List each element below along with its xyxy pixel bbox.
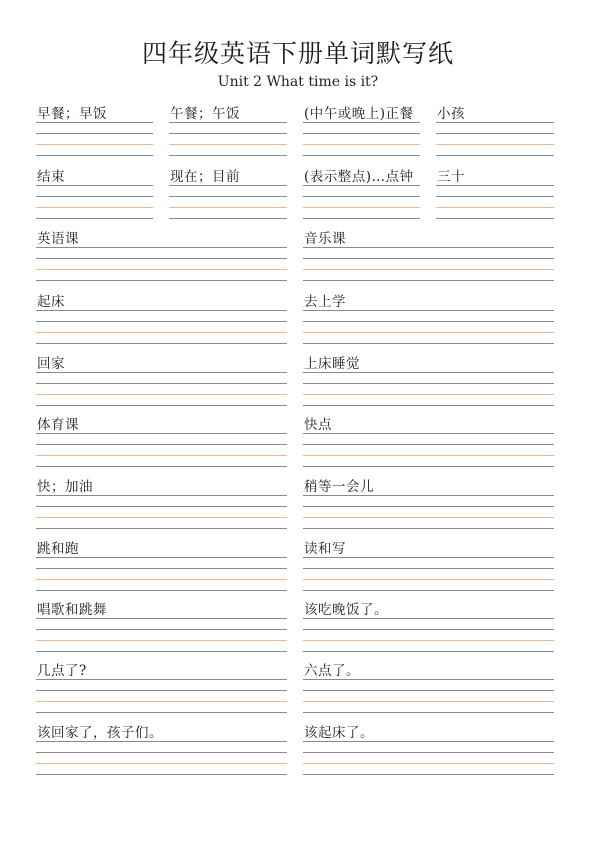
writing-cell[interactable]: (表示整点)…点钟 [303,162,420,224]
writing-cell[interactable]: 去上学 [303,287,554,349]
guide-line [436,185,554,186]
guide-line [436,133,554,134]
word-prompt: 现在；目前 [170,165,240,185]
guide-line [169,218,287,219]
guide-line [36,343,287,344]
writing-cell[interactable]: 英语课 [36,224,287,286]
word-prompt: 该吃晚饭了。 [304,598,388,618]
guide-line [303,651,554,652]
guide-line [36,122,153,123]
guide-line [303,196,420,197]
guide-line [303,280,554,281]
word-prompt: 回家 [37,352,65,372]
guide-line [303,218,420,219]
word-prompt: 快；加油 [37,475,93,495]
writing-cell[interactable]: 该起床了。 [303,718,554,780]
guide-line [36,247,287,248]
word-prompt: 几点了? [37,659,87,679]
mid-line [303,763,554,764]
mid-line [36,455,287,456]
guide-line [303,372,554,373]
word-prompt: 六点了。 [304,659,360,679]
guide-line [303,122,420,123]
guide-line [36,185,153,186]
writing-cell[interactable]: 现在；目前 [169,162,287,224]
guide-line [303,155,420,156]
guide-line [436,122,554,123]
mid-line [303,207,420,208]
guide-line [303,495,554,496]
guide-line [303,557,554,558]
guide-line [169,133,287,134]
guide-line [36,383,287,384]
guide-line [303,629,554,630]
writing-cell[interactable]: 回家 [36,349,287,411]
guide-line [303,343,554,344]
word-prompt: 结束 [37,165,65,185]
mid-line [36,701,287,702]
word-prompt: 小孩 [437,102,465,122]
mid-line [303,701,554,702]
guide-line [303,506,554,507]
writing-cell[interactable]: (中午或晚上)正餐 [303,99,420,161]
writing-cell[interactable]: 三十 [436,162,554,224]
word-prompt: 读和写 [304,537,346,557]
guide-line [303,712,554,713]
writing-cell[interactable]: 午餐；午饭 [169,99,287,161]
writing-cell[interactable]: 该回家了，孩子们。 [36,718,287,780]
guide-line [36,310,287,311]
guide-line [36,629,287,630]
mid-line [169,207,287,208]
guide-line [36,528,287,529]
word-prompt: 稍等一会儿 [304,475,374,495]
guide-line [303,185,420,186]
mid-line [303,144,420,145]
word-prompt: 该回家了，孩子们。 [37,721,163,741]
guide-line [36,133,153,134]
writing-cell[interactable]: 快点 [303,410,554,472]
writing-cell[interactable]: 唱歌和跳舞 [36,595,287,657]
word-prompt: 音乐课 [304,227,346,247]
guide-line [303,133,420,134]
guide-line [36,752,287,753]
guide-line [303,774,554,775]
mid-line [36,144,153,145]
guide-line [169,196,287,197]
mid-line [36,269,287,270]
word-prompt: 该起床了。 [304,721,374,741]
guide-line [436,155,554,156]
mid-line [436,144,554,145]
guide-line [303,321,554,322]
mid-line [303,579,554,580]
mid-line [36,640,287,641]
guide-line [36,590,287,591]
word-prompt: 体育课 [37,413,79,433]
guide-line [303,679,554,680]
mid-line [36,394,287,395]
guide-line [169,122,287,123]
guide-line [303,383,554,384]
word-prompt: 三十 [437,165,465,185]
mid-line [36,517,287,518]
guide-line [303,310,554,311]
guide-line [169,185,287,186]
writing-cell[interactable]: 跳和跑 [36,534,287,596]
mid-line [436,207,554,208]
guide-line [303,247,554,248]
word-prompt: 唱歌和跳舞 [37,598,107,618]
guide-line [36,557,287,558]
guide-line [36,258,287,259]
word-prompt: (中午或晚上)正餐 [304,102,414,122]
page-title: 四年级英语下册单词默写纸 [0,34,596,70]
guide-line [36,321,287,322]
writing-cell[interactable]: 读和写 [303,534,554,596]
guide-line [36,712,287,713]
writing-cell[interactable]: 该吃晚饭了。 [303,595,554,657]
guide-line [303,690,554,691]
word-prompt: 英语课 [37,227,79,247]
guide-line [303,405,554,406]
guide-line [36,405,287,406]
guide-line [303,466,554,467]
guide-line [436,218,554,219]
guide-line [303,258,554,259]
guide-line [36,218,153,219]
guide-line [303,433,554,434]
guide-line [303,444,554,445]
guide-line [36,495,287,496]
guide-line [36,155,153,156]
guide-line [36,433,287,434]
mid-line [303,394,554,395]
writing-cell[interactable]: 体育课 [36,410,287,472]
mid-line [303,269,554,270]
word-prompt: 起床 [37,290,65,310]
word-prompt: 跳和跑 [37,537,79,557]
mid-line [169,144,287,145]
mid-line [303,332,554,333]
guide-line [36,568,287,569]
page-subtitle: Unit 2 What time is it? [0,74,596,90]
guide-line [303,741,554,742]
guide-line [36,444,287,445]
mid-line [36,207,153,208]
mid-line [36,763,287,764]
word-prompt: 去上学 [304,290,346,310]
word-prompt: 上床睡觉 [304,352,360,372]
mid-line [303,455,554,456]
guide-line [36,679,287,680]
writing-cell[interactable]: 几点了? [36,656,287,718]
word-prompt: (表示整点)…点钟 [304,165,414,185]
writing-cell[interactable]: 起床 [36,287,287,349]
guide-line [36,651,287,652]
writing-cell[interactable]: 早餐；早饭 [36,99,153,161]
writing-cell[interactable]: 小孩 [436,99,554,161]
mid-line [303,517,554,518]
writing-cell[interactable]: 上床睡觉 [303,349,554,411]
guide-line [36,774,287,775]
mid-line [36,332,287,333]
guide-line [36,280,287,281]
word-prompt: 早餐；早饭 [37,102,107,122]
guide-line [36,466,287,467]
guide-line [36,196,153,197]
writing-cell[interactable]: 稍等一会儿 [303,472,554,534]
guide-line [303,528,554,529]
guide-line [36,618,287,619]
writing-cell[interactable]: 快；加油 [36,472,287,534]
writing-cell[interactable]: 音乐课 [303,224,554,286]
guide-line [36,741,287,742]
guide-line [436,196,554,197]
writing-cell[interactable]: 六点了。 [303,656,554,718]
word-prompt: 午餐；午饭 [170,102,240,122]
word-prompt: 快点 [304,413,332,433]
guide-line [36,372,287,373]
guide-line [303,568,554,569]
guide-line [303,618,554,619]
guide-line [36,506,287,507]
guide-line [169,155,287,156]
mid-line [303,640,554,641]
guide-line [303,590,554,591]
mid-line [36,579,287,580]
writing-cell[interactable]: 结束 [36,162,153,224]
guide-line [303,752,554,753]
guide-line [36,690,287,691]
